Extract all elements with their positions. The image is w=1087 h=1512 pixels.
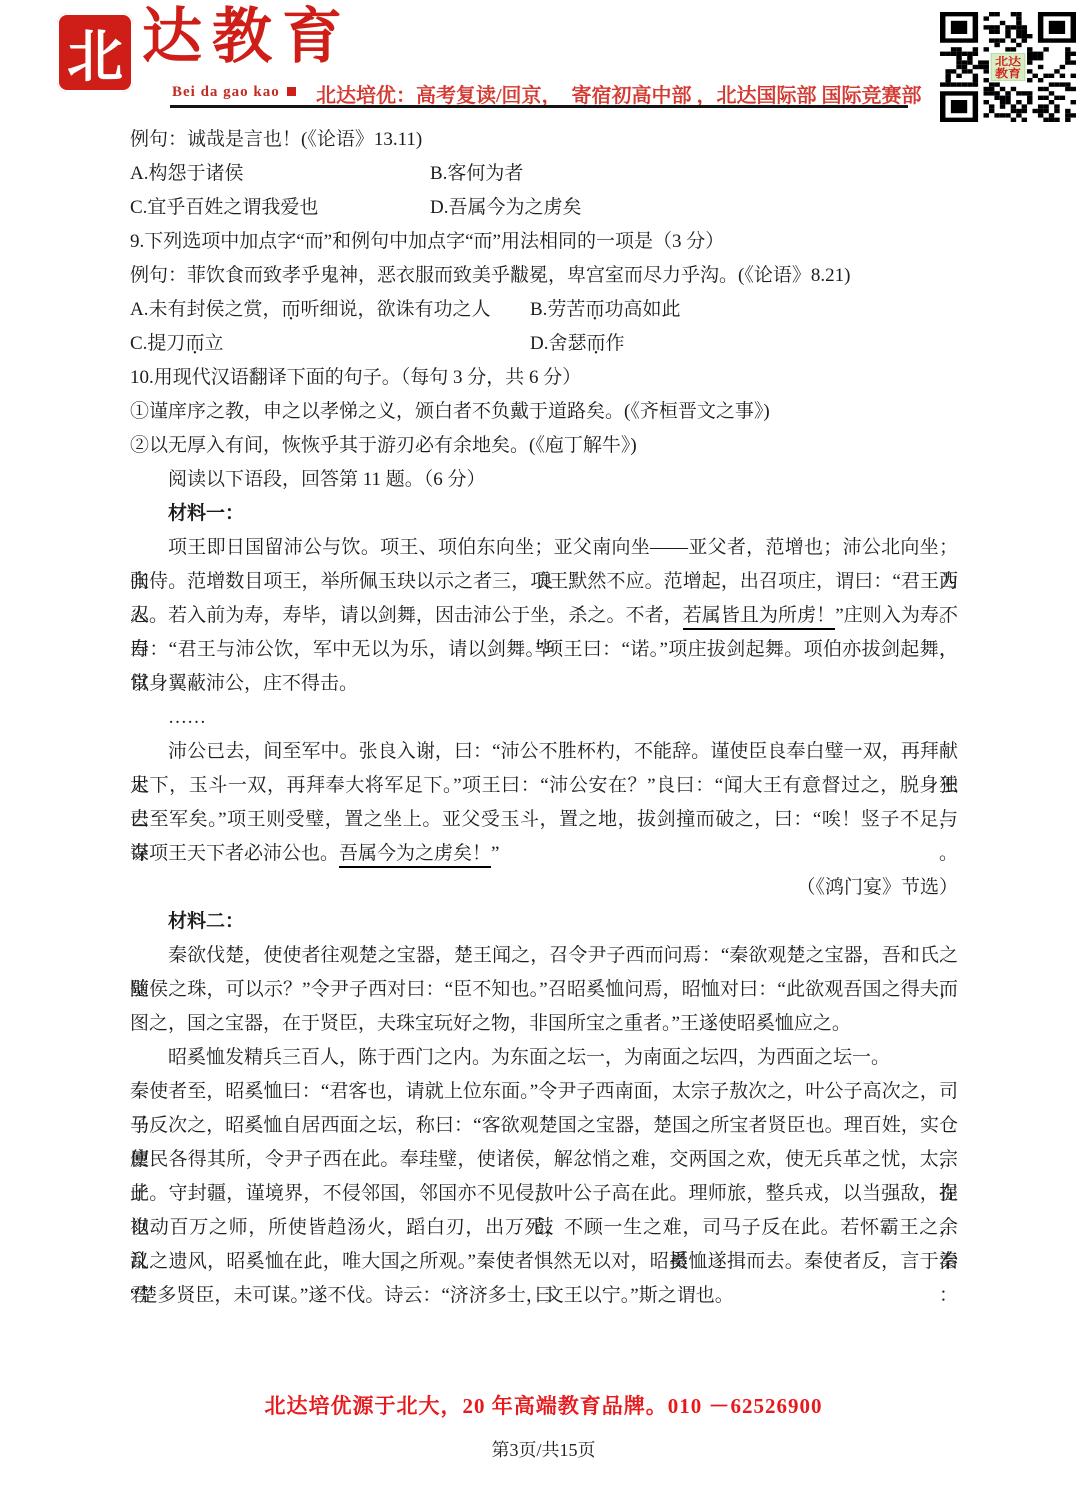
qr-code: 北达 教育 bbox=[940, 12, 1076, 122]
text-line: 曰：“君王与沛公饮，军中无以为乐，请以剑舞。”项王曰：“诺。”项庄拔剑起舞。项伯… bbox=[130, 633, 958, 667]
header-tagline: 北达培优：高考复读/回京， 寄宿初高中部 ，北达国际部 国际竞赛部 bbox=[316, 79, 922, 108]
example-sentence-8: 例句：诚哉是言也！(《论语》13.11) bbox=[130, 123, 958, 157]
text-segment: 作 bbox=[606, 333, 625, 354]
text-line: 乱之遗风，昭奚恤在此，唯大国之所观。”秦使者惧然无以对，昭奚恤遂揖而去。秦使者反… bbox=[130, 1245, 958, 1279]
translation-sentence-1: ①谨庠序之教，申之以孝悌之义，颁白者不负戴于道路矣。(《齐桓晋文之事》) bbox=[130, 395, 958, 429]
text-segment: 阅读以下语段，回答第 11 题。（6 分） bbox=[168, 469, 486, 490]
text-segment: A.未有封侯之赏， bbox=[130, 299, 281, 320]
underlined-phrase: 若属皆且为所虏！ bbox=[683, 605, 835, 630]
text-line: 图之，国之宝器，在于贤臣，夫珠宝玩好之物，非国所宝之重者。”王遂使昭奚恤应之。 bbox=[130, 1007, 958, 1041]
header-divider bbox=[170, 105, 908, 108]
text-line: 以动百万之师，所使皆趋汤火，蹈白刃，出万死，不顾一生之难，司马子反在此。若怀霸王… bbox=[130, 1211, 958, 1245]
seal-character: 北 bbox=[67, 13, 123, 93]
emphasized-character: 而 bbox=[185, 333, 204, 354]
svg-text:教育: 教育 bbox=[995, 67, 1021, 79]
emphasized-character: 而 bbox=[586, 333, 605, 354]
text-line: “楚多贤臣，未可谋。”遂不伐。诗云：“济济多士，文王以宁。”斯之谓也。 bbox=[130, 1279, 958, 1313]
footer-slogan: 北达培优源于北大，20 年高端教育品牌。010 －62526900 bbox=[0, 1390, 1087, 1420]
text-line: 昭奚恤发精兵三百人，陈于西门之内。为东面之坛一，为南面之坛四，为西面之坛一。 bbox=[130, 1041, 958, 1075]
exam-body: 例句：诚哉是言也！(《论语》13.11)A.构怨于诸侯B.客何为者C.宜乎百姓之… bbox=[130, 123, 958, 1313]
option-row-cd: C.提刀而立D.舍瑟而作 bbox=[130, 327, 958, 361]
text-segment: C.宜乎百姓之谓我爱也 bbox=[130, 197, 318, 218]
text-segment: （《鸿门宴》节选） bbox=[796, 877, 958, 898]
exam-page: 北 达教育 Bei da gao kao 北达培优：高考复读/回京， 寄宿初高中… bbox=[0, 0, 1087, 1512]
text-line: 子反次之，昭奚恤自居西面之坛，称曰：“客欲观楚国之宝器，楚国之所宝者贤臣也。理百… bbox=[130, 1109, 958, 1143]
text-segment: 材料二： bbox=[168, 911, 244, 932]
text-segment: 9.下列选项中加点字“而”和例句中加点字“而”用法相同的一项是（3 分） bbox=[130, 231, 724, 252]
text-segment: 材料一： bbox=[168, 503, 244, 524]
text-segment: C.提刀 bbox=[130, 333, 185, 354]
text-line: 项王即日国留沛公与饮。项王、项伯东向坐；亚父南向坐——亚父者，范增也；沛公北向坐… bbox=[130, 531, 958, 565]
text-segment: 夺项王天下者必沛公也。 bbox=[130, 843, 339, 864]
page-number: 第3页/共15页 bbox=[0, 1436, 1087, 1462]
text-segment: 昭奚恤发精兵三百人，陈于西门之内。为东面之坛一，为南面之坛四，为西面之坛一。 bbox=[168, 1047, 890, 1068]
text-line: 沛公已去，间至军中。张良入谢，曰：“沛公不胜杯杓，不能辞。谨使臣良奉白璧一双，再… bbox=[130, 735, 958, 769]
beida-seal-logo: 北 bbox=[57, 13, 133, 92]
text-segment: D.舍瑟 bbox=[530, 333, 586, 354]
example-sentence-9: 例句：菲饮食而致孝乎鬼神，恶衣服而致美乎黻冕，卑宫室而尽力乎沟。(《论语》8.2… bbox=[130, 259, 958, 293]
option-column-2: D.舍瑟而作 bbox=[530, 327, 625, 361]
text-line: 此。守封疆，谨境界，不侵邻国，邻国亦不见侵，叶公子高在此。理师旅，整兵戎，以当强… bbox=[130, 1177, 958, 1211]
text-segment: 以身翼蔽沛公，庄不得击。 bbox=[130, 673, 358, 694]
option-column-2: B.客何为者 bbox=[430, 157, 523, 191]
material-1-label: 材料一： bbox=[130, 497, 958, 531]
option-column-2: B.劳苦而功高如此 bbox=[530, 293, 680, 327]
text-segment: 听细说，欲诛有功之人 bbox=[301, 299, 491, 320]
text-segment: 忍。若入前为寿，寿毕，请以剑舞，因击沛公于坐，杀之。不者， bbox=[130, 605, 683, 626]
text-line: 使民各得其所，令尹子西在此。奉珪璧，使诸侯，解忿悄之难，交两国之欢，使无兵革之忧… bbox=[130, 1143, 958, 1177]
text-line: 向侍。范增数目项王，举所佩玉玦以示之者三，项王默然不应。范增起，出召项庄，谓曰：… bbox=[130, 565, 958, 599]
text-segment: 图之，国之宝器，在于贤臣，夫珠宝玩好之物，非国所宝之重者。”王遂使昭奚恤应之。 bbox=[130, 1013, 851, 1034]
text-segment: D.吾属今为之虏矣 bbox=[430, 197, 581, 218]
text-segment: B.劳苦 bbox=[530, 299, 585, 320]
text-segment: ①谨庠序之教，申之以孝悌之义，颁白者不负戴于道路矣。(《齐桓晋文之事》) bbox=[130, 401, 770, 422]
ellipsis-line: …… bbox=[130, 701, 958, 735]
source-attribution: （《鸿门宴》节选） bbox=[130, 871, 958, 905]
text-line: 足下，玉斗一双，再拜奉大将军足下。”项王曰：“沛公安在？”良曰：“闻大王有意督过… bbox=[130, 769, 958, 803]
text-line: 夺项王天下者必沛公也。吾属今为之虏矣！” bbox=[130, 837, 958, 871]
text-segment: 立 bbox=[204, 333, 223, 354]
text-line: 已至军矣。”项王则受璧，置之坐上。亚父受玉斗，置之地，拔剑撞而破之，曰：“唉！竖… bbox=[130, 803, 958, 837]
option-row-ab: A.未有封侯之赏，而听细说，欲诛有功之人B.劳苦而功高如此 bbox=[130, 293, 958, 327]
qr-center-label: 北达 教育 bbox=[991, 53, 1025, 80]
question-10-stem: 10.用现代汉语翻译下面的句子。（每句 3 分，共 6 分） bbox=[130, 361, 958, 395]
text-line: 秦使者至，昭奚恤曰：“君客也，请就上位东面。”令尹子西南面，太宗子敖次之，叶公子… bbox=[130, 1075, 958, 1109]
text-segment: B.客何为者 bbox=[430, 163, 523, 184]
svg-text:北达: 北达 bbox=[995, 55, 1021, 67]
emphasized-character: 而 bbox=[585, 299, 604, 320]
text-line: 忍。若入前为寿，寿毕，请以剑舞，因击沛公于坐，杀之。不者，若属皆且为所虏！”庄则… bbox=[130, 599, 958, 633]
logo-pinyin: Bei da gao kao bbox=[172, 84, 296, 101]
text-segment: 10.用现代汉语翻译下面的句子。（每句 3 分，共 6 分） bbox=[130, 367, 581, 388]
question-9-stem: 9.下列选项中加点字“而”和例句中加点字“而”用法相同的一项是（3 分） bbox=[130, 225, 958, 259]
text-segment: 例句：诚哉是言也！(《论语》13.11) bbox=[130, 129, 422, 150]
option-row-cd: C.宜乎百姓之谓我爱也D.吾属今为之虏矣 bbox=[130, 191, 958, 225]
option-row-ab: A.构怨于诸侯B.客何为者 bbox=[130, 157, 958, 191]
text-segment: “楚多贤臣，未可谋。”遂不伐。诗云：“济济多士，文王以宁。”斯之谓也。 bbox=[130, 1285, 734, 1306]
logo-calligraphy: 达教育 bbox=[142, 4, 352, 70]
text-line: 秦欲伐楚，使使者往观楚之宝器，楚王闻之，召令尹子西而问焉：“秦欲观楚之宝器，吾和… bbox=[130, 939, 958, 973]
emphasized-character: 而 bbox=[281, 299, 300, 320]
text-line: 以身翼蔽沛公，庄不得击。 bbox=[130, 667, 958, 701]
material-2-label: 材料二： bbox=[130, 905, 958, 939]
text-segment: ②以无厚入有间，恢恢乎其于游刃必有余地矣。(《庖丁解牛》) bbox=[130, 435, 637, 456]
text-segment: ” bbox=[491, 843, 499, 864]
underlined-phrase: 吾属今为之虏矣！ bbox=[339, 843, 491, 868]
text-segment: 功高如此 bbox=[604, 299, 680, 320]
text-segment: A.构怨于诸侯 bbox=[130, 163, 243, 184]
text-segment: …… bbox=[168, 707, 206, 728]
text-line: 随侯之珠，可以示？”令尹子西对曰：“臣不知也。”召昭奚恤问焉，昭恤对曰：“此欲观… bbox=[130, 973, 958, 1007]
reading-instruction: 阅读以下语段，回答第 11 题。（6 分） bbox=[130, 463, 958, 497]
option-column-2: D.吾属今为之虏矣 bbox=[430, 191, 581, 225]
text-segment: 例句：菲饮食而致孝乎鬼神，恶衣服而致美乎黻冕，卑宫室而尽力乎沟。(《论语》8.2… bbox=[130, 265, 850, 286]
translation-sentence-2: ②以无厚入有间，恢恢乎其于游刃必有余地矣。(《庖丁解牛》) bbox=[130, 429, 958, 463]
text-segment: 随侯之珠，可以示？”令尹子西对曰：“臣不知也。”召昭奚恤问焉，昭恤对曰：“此欲观… bbox=[130, 979, 958, 1000]
red-square-icon bbox=[287, 87, 296, 96]
